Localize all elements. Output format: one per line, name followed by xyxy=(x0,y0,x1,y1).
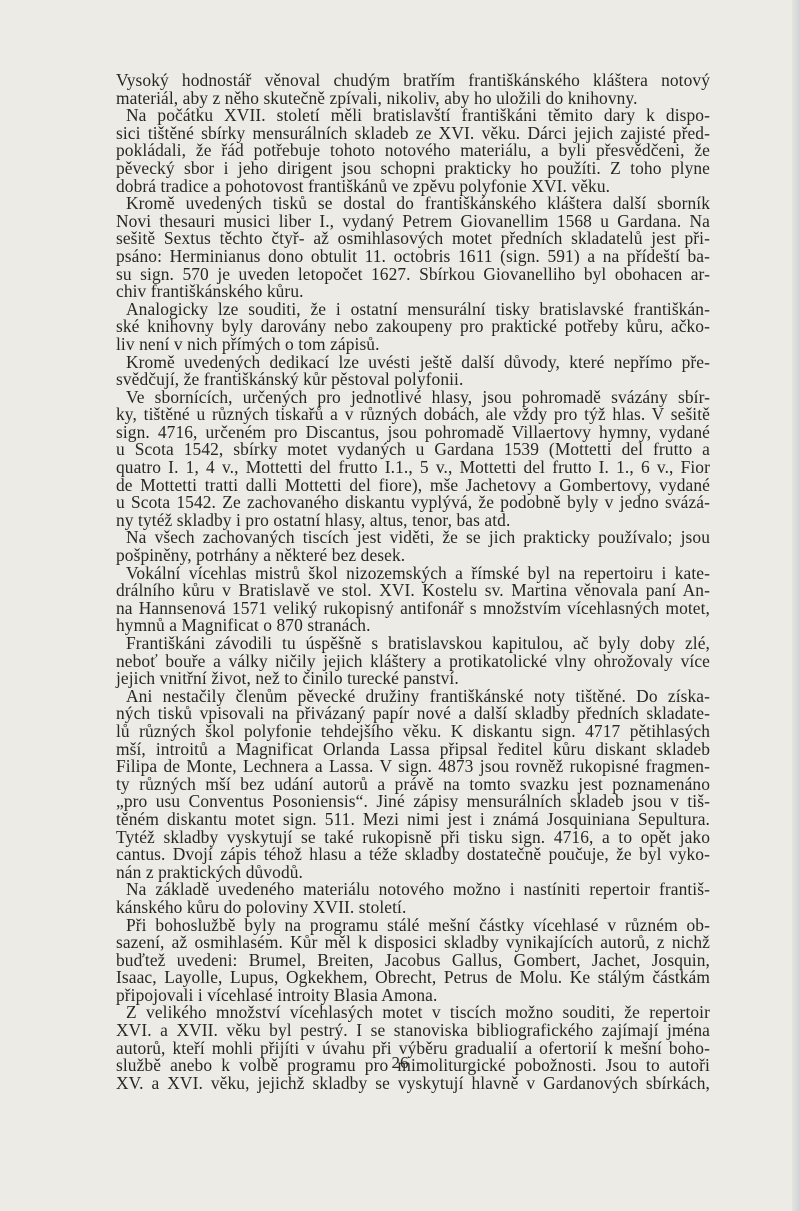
paragraph: Na počátku XVII. století měli bratislavš… xyxy=(116,107,710,195)
body-text: Vysoký hodnostář věnoval chudým bratřím … xyxy=(116,72,710,1092)
page-edge xyxy=(792,0,800,1211)
text-line: liv není v nich přímých o tom zápisů. xyxy=(116,336,710,354)
paragraph: Analogicky lze souditi, že i ostatní men… xyxy=(116,301,710,354)
text-line: těném diskantu motet sign. 511. Mezi nim… xyxy=(116,811,710,829)
paragraph: Vysoký hodnostář věnoval chudým bratřím … xyxy=(116,72,710,107)
text-line: Vysoký hodnostář věnoval chudým bratřím … xyxy=(116,72,710,90)
text-line: kánského kůru do poloviny XVII. století. xyxy=(116,899,710,917)
paragraph: Františkáni závodili tu úspěšně s bratis… xyxy=(116,635,710,688)
page-number: 26 xyxy=(0,1053,800,1073)
paragraph: Vokální vícehlas mistrů škol nizozemskýc… xyxy=(116,565,710,635)
text-line: pošpiněny, potrhány a některé bez desek. xyxy=(116,547,710,565)
text-line: psáno: Herminianus dono obtulit 11. octo… xyxy=(116,248,710,266)
paragraph: Ani nestačily členům pěvecké družiny fra… xyxy=(116,688,710,882)
text-line: lů různých škol polyfonie tehdejšího věk… xyxy=(116,723,710,741)
paragraph: Z velikého množství vícehlasých motet v … xyxy=(116,1004,710,1092)
paragraph: Při bohoslužbě byly na programu stálé me… xyxy=(116,917,710,1005)
paragraph: Na všech zachovaných tiscích jest viděti… xyxy=(116,529,710,564)
text-line: Františkáni závodili tu úspěšně s bratis… xyxy=(116,635,710,653)
text-line: pěvecký sbor i jeho dirigent jsou schopn… xyxy=(116,160,710,178)
paragraph: Kromě uvedených dedikací lze uvésti ješt… xyxy=(116,354,710,389)
paragraph: Kromě uvedených tisků se dostal do frant… xyxy=(116,195,710,301)
text-line: XV. a XVI. věku, jejichž skladby se vysk… xyxy=(116,1075,710,1093)
paragraph: Na základě uvedeného materiálu notového … xyxy=(116,881,710,916)
paragraph: Ve sbornících, určených pro jednotlivé h… xyxy=(116,389,710,530)
